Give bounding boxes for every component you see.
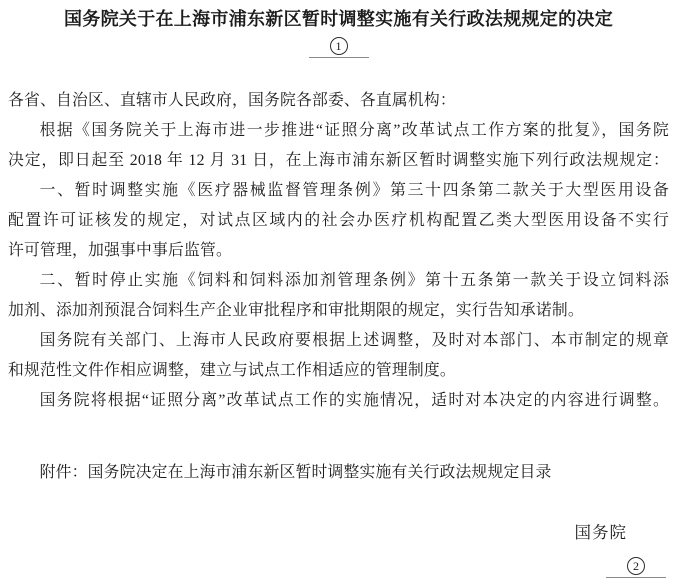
circled-2-icon: 2 [627, 557, 645, 575]
circled-1-icon: 1 [330, 37, 348, 55]
text-line: 一、暂时调整实施《医疗器械监督管理条例》第三十四条第二款关于大型医用设备 [8, 176, 669, 206]
title-footnote-marker: 1 [8, 36, 669, 64]
document-title: 国务院关于在上海市浦东新区暂时调整实施有关行政法规规定的决定 [8, 8, 669, 30]
signature: 国务院 [8, 518, 669, 548]
text-line: 根据《国务院关于上海市进一步推进“证照分离”改革试点工作方案的批复》，国务院 [8, 116, 669, 146]
paragraph-item-2: 二、暂时停止实施《饲料和饲料添加剂管理条例》第十五条第一款关于设立饲料添 加剂、… [8, 266, 669, 326]
text-line: 二、暂时停止实施《饲料和饲料添加剂管理条例》第十五条第一款关于设立饲料添 [8, 266, 669, 296]
salutation-line: 各省、自治区、直辖市人民政府，国务院各部委、各直属机构： [8, 86, 669, 116]
footnote-underline: 1 [309, 36, 369, 58]
document-page: 国务院关于在上海市浦东新区暂时调整实施有关行政法规规定的决定 1 各省、自治区、… [0, 0, 675, 588]
attachment-line: 附件：国务院决定在上海市浦东新区暂时调整实施有关行政法规规定目录 [8, 458, 669, 488]
paragraph-implementation: 国务院有关部门、上海市人民政府要根据上述调整，及时对本部门、本市制定的规章 和规… [8, 326, 669, 386]
text-line: 国务院有关部门、上海市人民政府要根据上述调整，及时对本部门、本市制定的规章 [8, 326, 669, 356]
text-line: 决定，即日起至 2018 年 12 月 31 日，在上海市浦东新区暂时调整实施下… [8, 146, 669, 176]
paragraph-adjustment: 国务院将根据“证照分离”改革试点工作的实施情况，适时对本决定的内容进行调整。 [8, 386, 669, 416]
text-line: 和规范性文件作相应调整，建立与试点工作相适应的管理制度。 [8, 356, 669, 386]
page-footnote-marker: 2 [8, 556, 669, 578]
text-line: 加剂、添加剂预混合饲料生产企业审批程序和审批期限的规定，实行告知承诺制。 [8, 296, 669, 326]
salutation-paragraph: 各省、自治区、直辖市人民政府，国务院各部委、各直属机构： [8, 86, 669, 116]
text-line: 配置许可证核发的规定，对试点区域内的社会办医疗机构配置乙类大型医用设备不实行 [8, 206, 669, 236]
text-line: 许可管理，加强事中事后监管。 [8, 236, 669, 266]
paragraph-item-1: 一、暂时调整实施《医疗器械监督管理条例》第三十四条第二款关于大型医用设备 配置许… [8, 176, 669, 266]
footnote-underline: 2 [606, 556, 666, 578]
paragraph-basis: 根据《国务院关于上海市进一步推进“证照分离”改革试点工作方案的批复》，国务院 决… [8, 116, 669, 176]
text-line: 国务院将根据“证照分离”改革试点工作的实施情况，适时对本决定的内容进行调整。 [8, 386, 669, 416]
document-body: 各省、自治区、直辖市人民政府，国务院各部委、各直属机构： 根据《国务院关于上海市… [8, 86, 669, 416]
